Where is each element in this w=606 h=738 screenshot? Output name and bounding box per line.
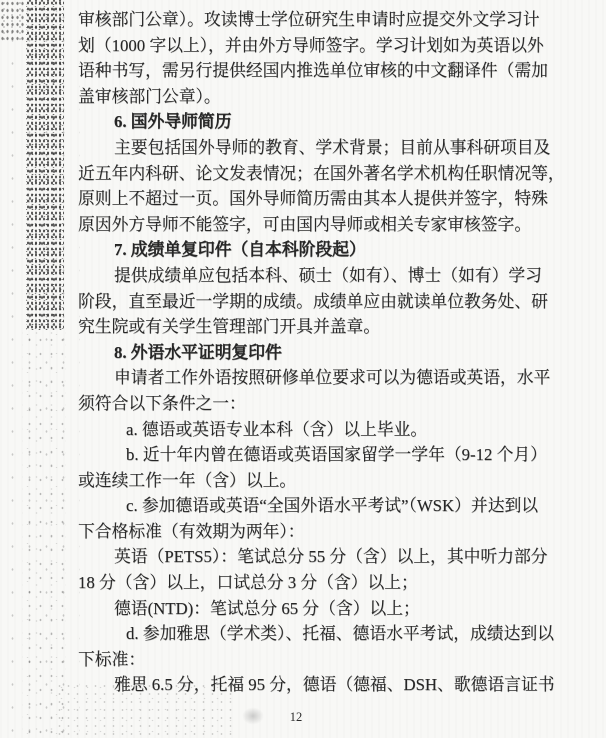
scan-noise-band-top: [26, 0, 64, 330]
scan-smudge-blob: [238, 704, 268, 728]
list-item-d: d. 参加雅思（学术类）、托福、德语水平考试，成绩达到以: [78, 621, 536, 647]
text-line: 划（1000 字以上），并由外方导师签字。学习计划如为英语以外: [78, 33, 536, 59]
text-line: 18 分（含）以上，口试总分 3 分（含）以上；: [78, 570, 536, 596]
page-number: 12: [272, 710, 320, 725]
document-text-block: 审核部门公章）。攻读博士学位研究生申请时应提交外文学习计 划（1000 字以上）…: [78, 7, 536, 698]
text-line: 究生院或有关学生管理部门开具并盖章。: [78, 314, 536, 340]
text-line: 下标准：: [78, 647, 536, 673]
text-line: 申请者工作外语按照研修单位要求可以为德语或英语，水平: [78, 365, 536, 391]
section-heading-8: 8. 外语水平证明复印件: [78, 340, 536, 366]
text-line: 下合格标准（有效期为两年）：: [78, 519, 536, 545]
scanned-page: 审核部门公章）。攻读博士学位研究生申请时应提交外文学习计 划（1000 字以上）…: [0, 0, 606, 738]
text-line: 阶段，直至最近一学期的成绩。成绩单应由就读单位教务处、研: [78, 289, 536, 315]
text-line: 语种书写，需另行提供经国内推选单位审核的中文翻译件（需加: [78, 58, 536, 84]
scan-corner-artifact: [0, 0, 26, 42]
text-line: 原则上不超过一页。国外导师简历需由其本人提供并签字，特殊: [78, 186, 536, 212]
scan-noise-band-bottom: [22, 330, 66, 738]
scan-margin-speckle: [0, 0, 80, 738]
text-line: 审核部门公章）。攻读博士学位研究生申请时应提交外文学习计: [78, 7, 536, 33]
text-line: 或连续工作一年（含）以上。: [78, 468, 536, 494]
section-heading-7: 7. 成绩单复印件（自本科阶段起）: [78, 237, 536, 263]
text-line: 雅思 6.5 分，托福 95 分，德语（德福、DSH、歌德语言证书: [78, 672, 536, 698]
section-heading-6: 6. 国外导师简历: [78, 109, 536, 135]
text-line: 英语（PETS5）：笔试总分 55 分（含）以上，其中听力部分: [78, 544, 536, 570]
list-item-c: c. 参加德语或英语“全国外语水平考试”（WSK）并达到以: [78, 493, 536, 519]
text-line: 德语(NTD)：笔试总分 65 分（含）以上；: [78, 596, 536, 622]
text-line: 近五年内科研、论文发表情况；在国外著名学术机构任职情况等，: [78, 161, 536, 187]
text-line: 盖审核部门公章）。: [78, 84, 536, 110]
list-item-a: a. 德语或英语专业本科（含）以上毕业。: [78, 417, 536, 443]
text-line: 须符合以下条件之一：: [78, 391, 536, 417]
text-line: 提供成绩单应包括本科、硕士（如有）、博士（如有）学习: [78, 263, 536, 289]
list-item-b: b. 近十年内曾在德语或英语国家留学一学年（9-12 个月）: [78, 442, 536, 468]
text-line: 原因外方导师不能签字，可由国内导师或相关专家审核签字。: [78, 212, 536, 238]
text-line: 主要包括国外导师的教育、学术背景；目前从事科研项目及: [78, 135, 536, 161]
